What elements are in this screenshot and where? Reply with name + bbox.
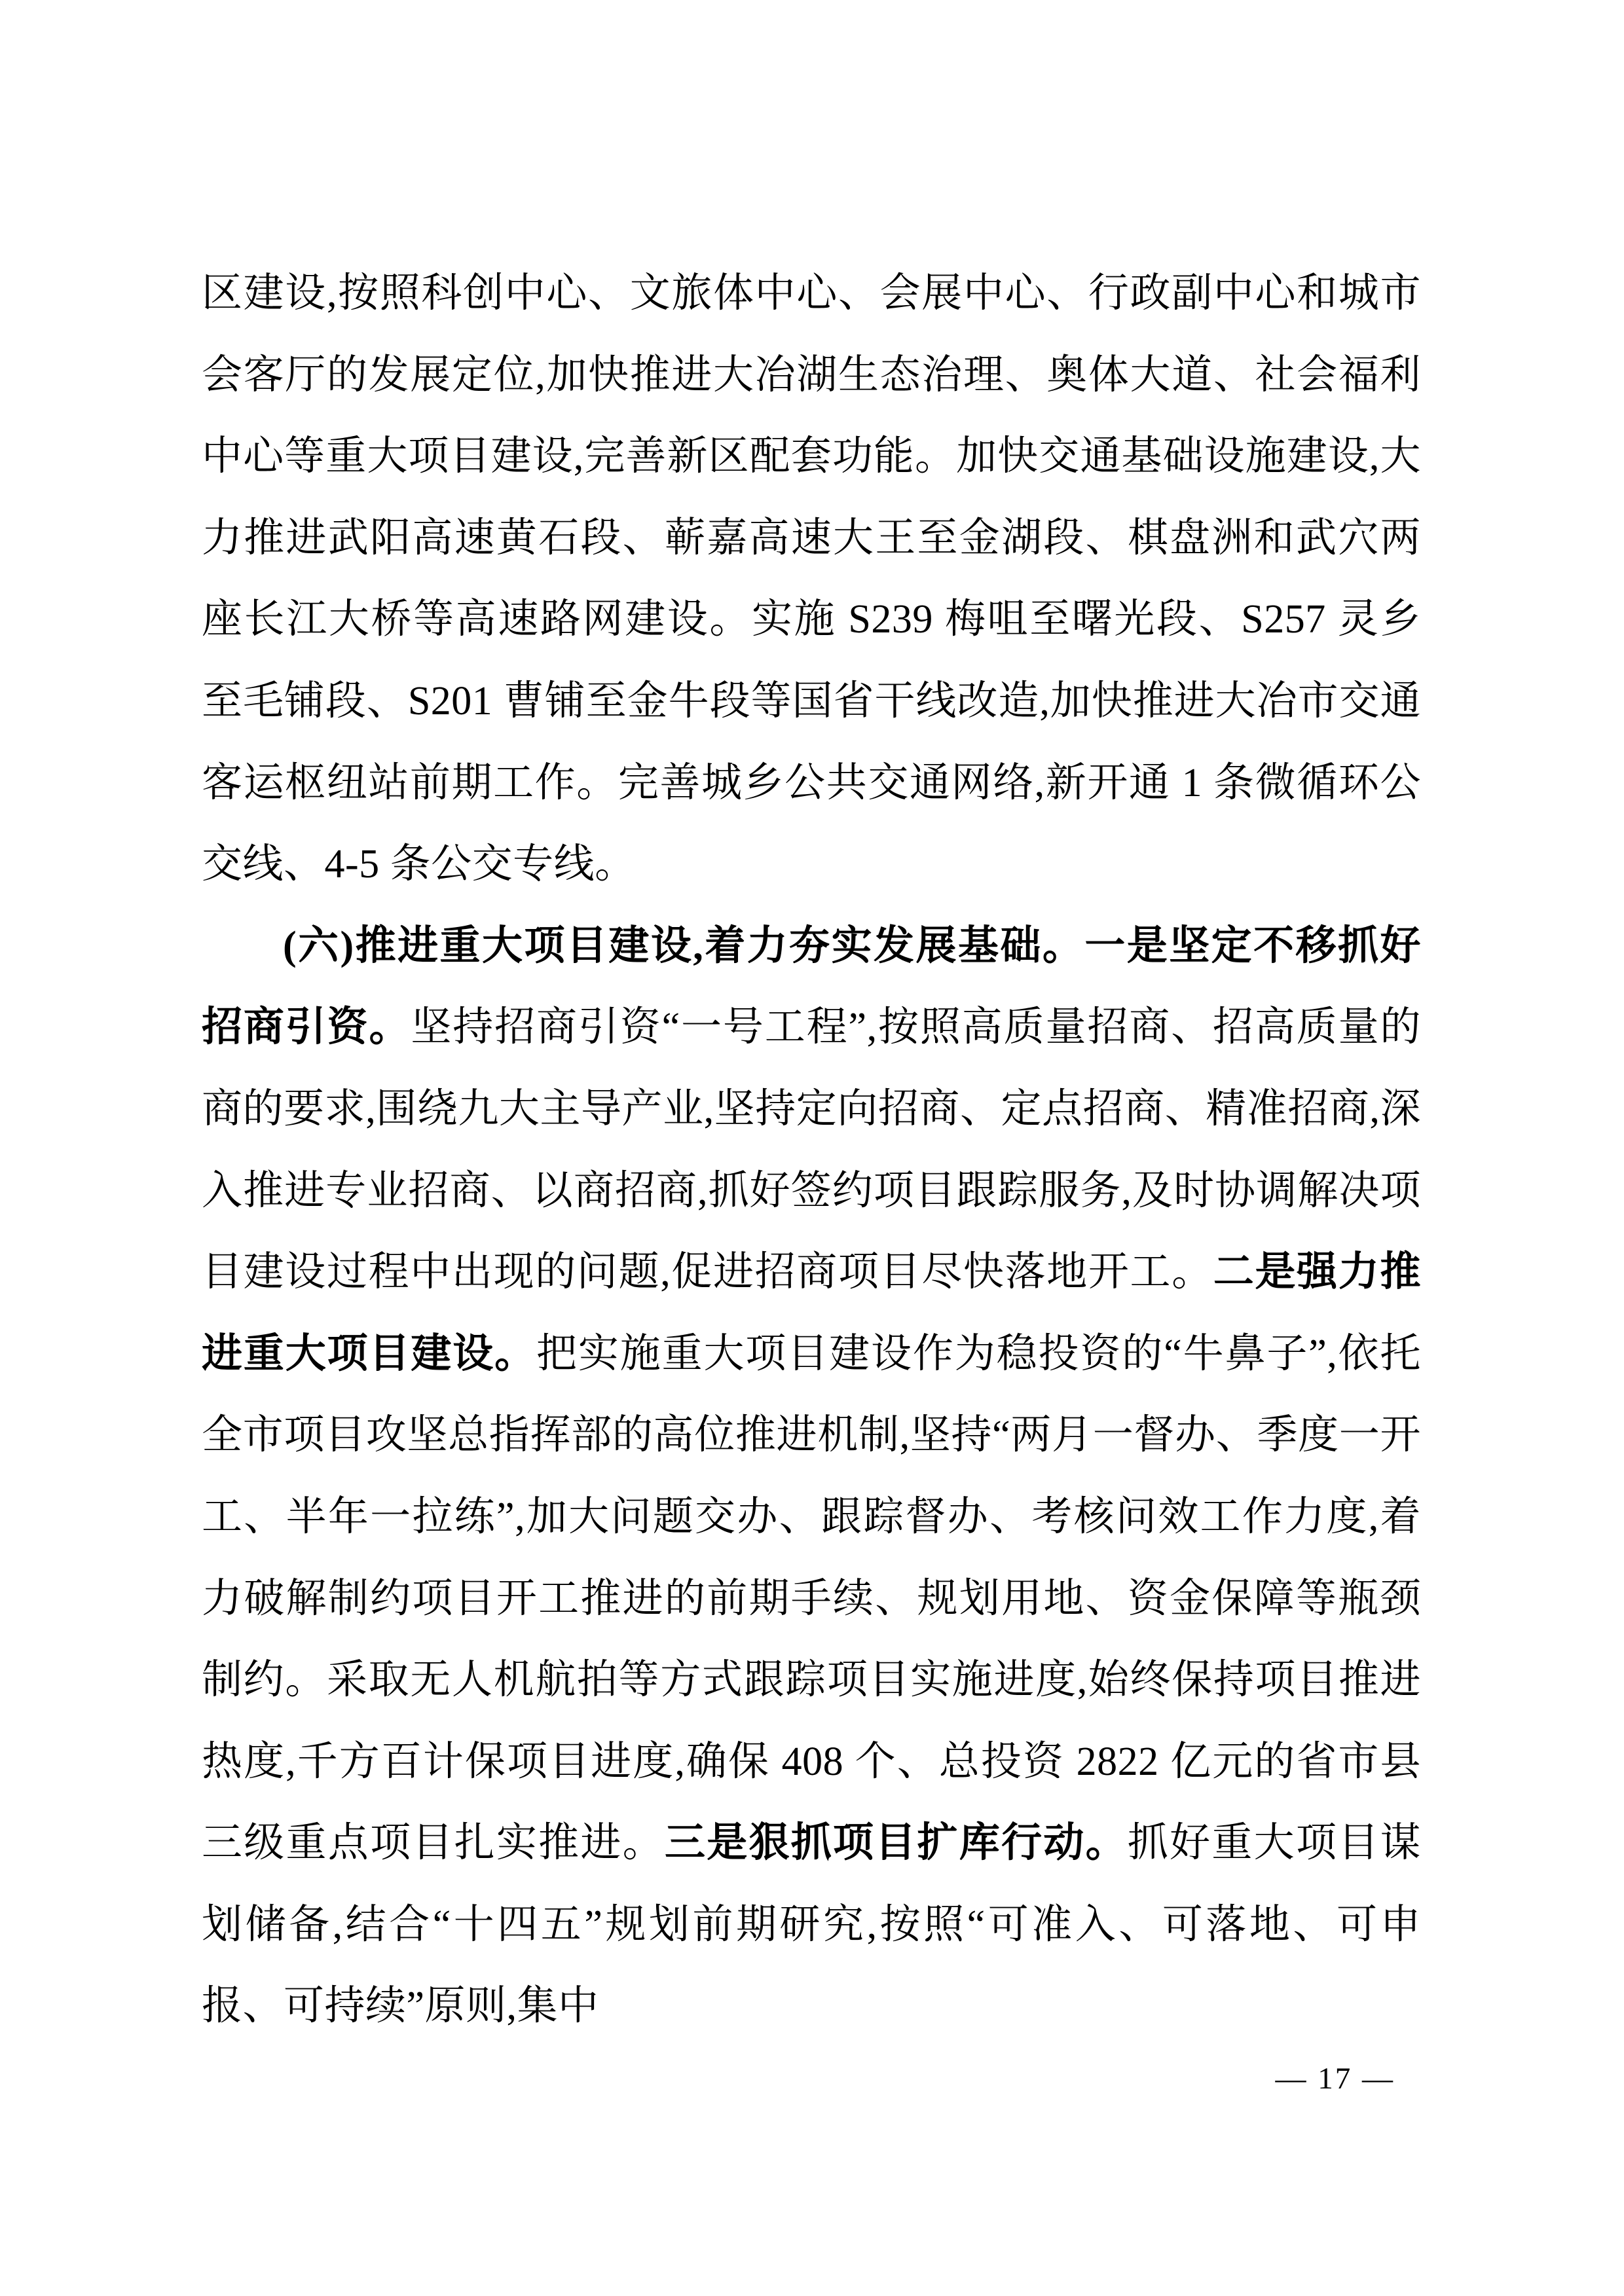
text-run: 把实施重大项目建设作为稳投资的“牛鼻子”,依托全市项目攻坚总指挥部的高位推进机制… (202, 1332, 1421, 1866)
section-heading-run: (六)推进重大项目建设,着力夯实发展基础。 (283, 924, 1084, 968)
page-number: — 17 — (1276, 2062, 1395, 2096)
paragraph-continued: 区建设,按照科创中心、文旅体中心、会展中心、行政副中心和城市会客厅的发展定位,加… (202, 253, 1421, 905)
page-footer: — 17 — (0, 2055, 1624, 2102)
body-text: 区建设,按照科创中心、文旅体中心、会展中心、行政副中心和城市会客厅的发展定位,加… (202, 253, 1421, 2047)
document-page: 区建设,按照科创中心、文旅体中心、会展中心、行政副中心和城市会客厅的发展定位,加… (0, 0, 1624, 2296)
text-run: 区建设,按照科创中心、文旅体中心、会展中心、行政副中心和城市会客厅的发展定位,加… (202, 271, 1421, 886)
subpoint-three-heading-run: 三是狠抓项目扩库行动。 (665, 1821, 1128, 1865)
paragraph-section-six: (六)推进重大项目建设,着力夯实发展基础。一是坚定不移抓好招商引资。坚持招商引资… (202, 905, 1421, 2047)
